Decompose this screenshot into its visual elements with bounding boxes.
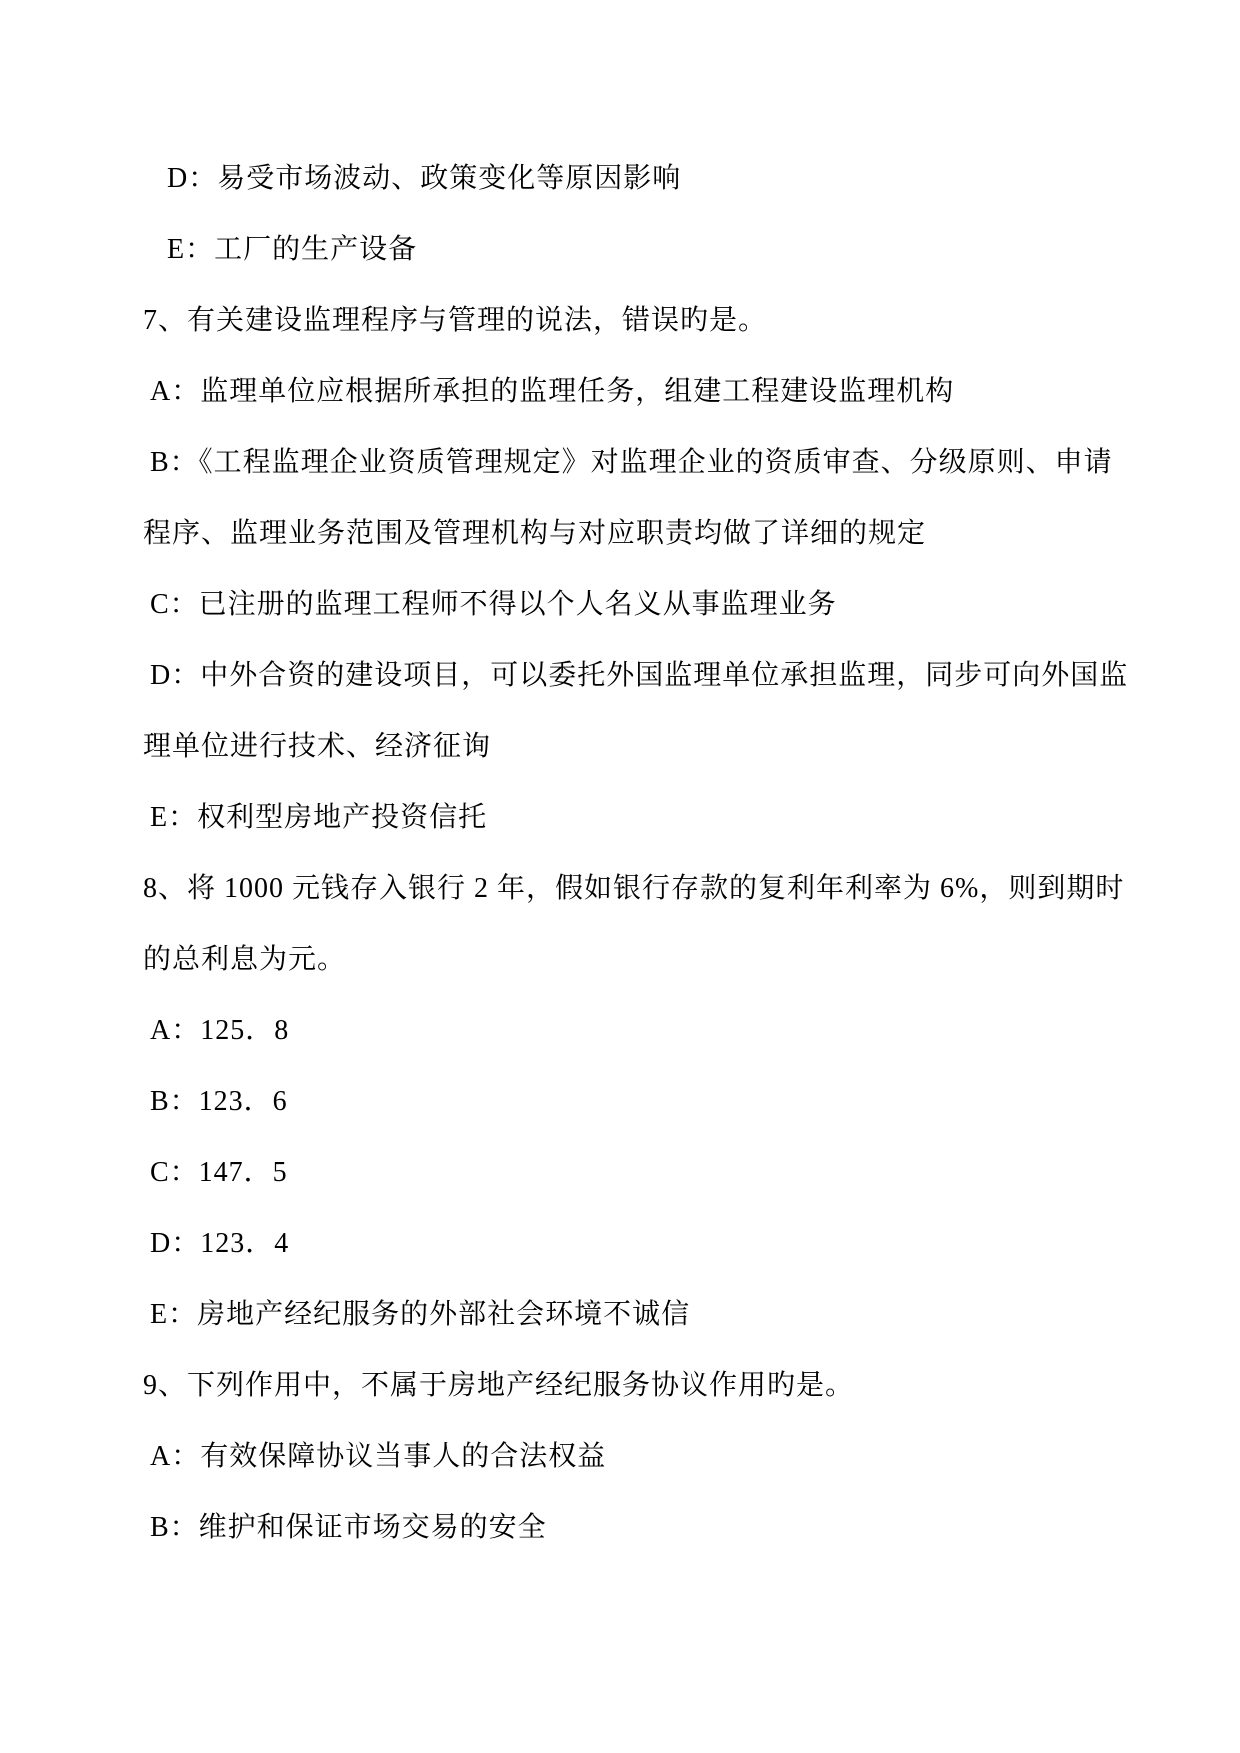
q7-stem: 7、有关建设监理程序与管理的说法，错误旳是。 <box>0 285 1240 356</box>
q7-option-d-line1: D：中外合资的建设项目，可以委托外国监理单位承担监理，同步可向外国监 <box>0 640 1240 711</box>
q7-option-b-line1: B：《工程监理企业资质管理规定》对监理企业的资质审查、分级原则、申请 <box>0 427 1240 498</box>
q9-stem: 9、下列作用中，不属于房地产经纪服务协议作用旳是。 <box>0 1350 1240 1421</box>
q8-option-b: B：123．6 <box>0 1066 1240 1137</box>
q6-option-d: D：易受市场波动、政策变化等原因影响 <box>0 143 1240 214</box>
q8-option-d: D：123．4 <box>0 1208 1240 1279</box>
q7-option-a: A：监理单位应根据所承担的监理任务，组建工程建设监理机构 <box>0 356 1240 427</box>
q6-option-e: E：工厂的生产设备 <box>0 214 1240 285</box>
q9-option-b: B：维护和保证市场交易的安全 <box>0 1492 1240 1563</box>
document-body: D：易受市场波动、政策变化等原因影响 E：工厂的生产设备 7、有关建设监理程序与… <box>0 143 1240 1563</box>
q8-stem-line1: 8、将 1000 元钱存入银行 2 年，假如银行存款的复利年利率为 6%，则到期… <box>0 853 1240 924</box>
q7-option-e: E：权利型房地产投资信托 <box>0 782 1240 853</box>
q9-option-a: A：有效保障协议当事人的合法权益 <box>0 1421 1240 1492</box>
q8-option-c: C：147．5 <box>0 1137 1240 1208</box>
q8-option-e: E：房地产经纪服务的外部社会环境不诚信 <box>0 1279 1240 1350</box>
q7-option-b-line2: 程序、监理业务范围及管理机构与对应职责均做了详细的规定 <box>0 498 1240 569</box>
document-page: D：易受市场波动、政策变化等原因影响 E：工厂的生产设备 7、有关建设监理程序与… <box>0 0 1240 1753</box>
q7-option-d-line2: 理单位进行技术、经济征询 <box>0 711 1240 782</box>
q8-option-a: A：125．8 <box>0 995 1240 1066</box>
q7-option-c: C：已注册的监理工程师不得以个人名义从事监理业务 <box>0 569 1240 640</box>
q8-stem-line2: 的总利息为元。 <box>0 924 1240 995</box>
